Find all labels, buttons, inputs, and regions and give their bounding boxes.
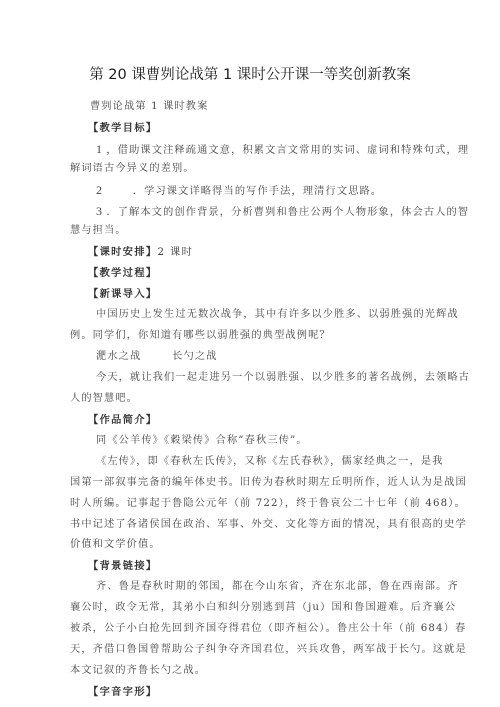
objective-3: 3 ．了解本文的创作背景，分析曹刿和鲁庄公两个人物形象，体会古人的智 — [96, 204, 476, 220]
objective-2: 2 ．学习课文详略得当的写作手法，理清行文思路。 — [96, 183, 476, 199]
chars-heading: 【字音字形】 — [88, 685, 468, 699]
schedule-value: 2 课时 — [158, 247, 194, 258]
objective-2-text: ．学习课文详略得当的写作手法，理清行文思路。 — [133, 186, 382, 197]
background-line-2: 襄公时，政令无常，其弟小白和纠分别逃到莒（ju）国和鲁国避难。后齐襄公 — [70, 601, 450, 615]
objective-3-number: 3 — [96, 204, 102, 218]
objective-3-continued: 慧与担当。 — [70, 224, 450, 238]
intro-examples: 淝水之战 长勺之战 — [96, 350, 476, 364]
intro-paragraph-line-2: 例。同学们，你知道有哪些以弱胜强的典型战例呢？ — [70, 329, 450, 343]
document-title: 第 20 课曹刿论战第 1 课时公开课一等奖创新教案 — [0, 63, 500, 84]
objective-1-number: 1 — [96, 142, 102, 156]
schedule-row: 【课时安排】2 课时 — [88, 245, 468, 260]
background-heading: 【背景链接】 — [88, 559, 468, 573]
intro-paragraph-line-1: 中国历史上发生过无数次战争，其中有许多以少胜多、以弱胜强的光辉战 — [96, 308, 476, 322]
objectives-heading: 【教学目标】 — [88, 121, 468, 135]
work-line-6: 价值和文学价值。 — [70, 538, 450, 552]
work-line-3: 国第一部叙事完备的编年体史书。旧传为春秋时期左丘明所作，近人认为是战国 — [70, 476, 450, 490]
work-line-2: 《左传》，即《春秋左氏传》，又称《左氏春秋》，儒家经典之一，是我 — [96, 455, 476, 469]
intro-paragraph-line-4: 人的智慧吧。 — [70, 392, 450, 406]
work-intro-heading: 【作品简介】 — [88, 413, 468, 427]
work-line-1: 同《公羊传》《穀梁传》合称“春秋三传”。 — [96, 434, 476, 448]
background-line-5: 本文记叙的齐鲁长勺之战。 — [70, 664, 450, 678]
objective-1: 1 ，借助课文注释疏通文意，积累文言文常用的实词、虚词和特殊句式，理 — [96, 142, 476, 158]
process-heading: 【教学过程】 — [88, 266, 468, 280]
background-line-1: 齐、鲁是春秋时期的邻国，都在今山东省，齐在东北部，鲁在西南部。齐 — [96, 580, 476, 594]
example-battle-1: 淝水之战 — [96, 351, 141, 362]
intro-paragraph-line-3: 今天，就让我们一起走进另一个以弱胜强、以少胜多的著名战例，去领略古 — [96, 371, 476, 385]
objective-2-number: 2 — [96, 183, 102, 197]
objective-1-text: ，借助课文注释疏通文意，积累文言文常用的实词、虚词和特殊句式，理 — [106, 145, 469, 156]
lesson-subtitle: 曹刿论战第 1 课时教案 — [90, 100, 470, 114]
objective-1-continued: 解词语古今异义的差别。 — [70, 162, 450, 176]
document-page: 第 20 课曹刿论战第 1 课时公开课一等奖创新教案 曹刿论战第 1 课时教案 … — [0, 0, 500, 707]
objective-3-text: ．了解本文的创作背景，分析曹刿和鲁庄公两个人物形象，体会古人的智 — [106, 207, 469, 218]
background-line-4: 天，齐借口鲁国曾帮助公子纠争夺齐国君位，兴兵攻鲁，两军战于长勺。这就是 — [70, 643, 450, 657]
work-line-4: 时人所编。记事起于鲁隐公元年（前 722），终于鲁哀公二十七年（前 468）。 — [70, 497, 450, 511]
schedule-heading: 【课时安排】 — [88, 246, 158, 258]
intro-heading: 【新课导入】 — [88, 287, 468, 301]
work-line-5: 书中记述了各诸侯国在政治、军事、外交、文化等方面的情况，具有很高的史学 — [70, 518, 450, 532]
example-battle-2: 长勺之战 — [172, 351, 217, 362]
background-line-3: 被杀，公子小白抢先回到齐国夺得君位（即齐桓公）。鲁庄公十年（前 684）春 — [70, 622, 450, 636]
